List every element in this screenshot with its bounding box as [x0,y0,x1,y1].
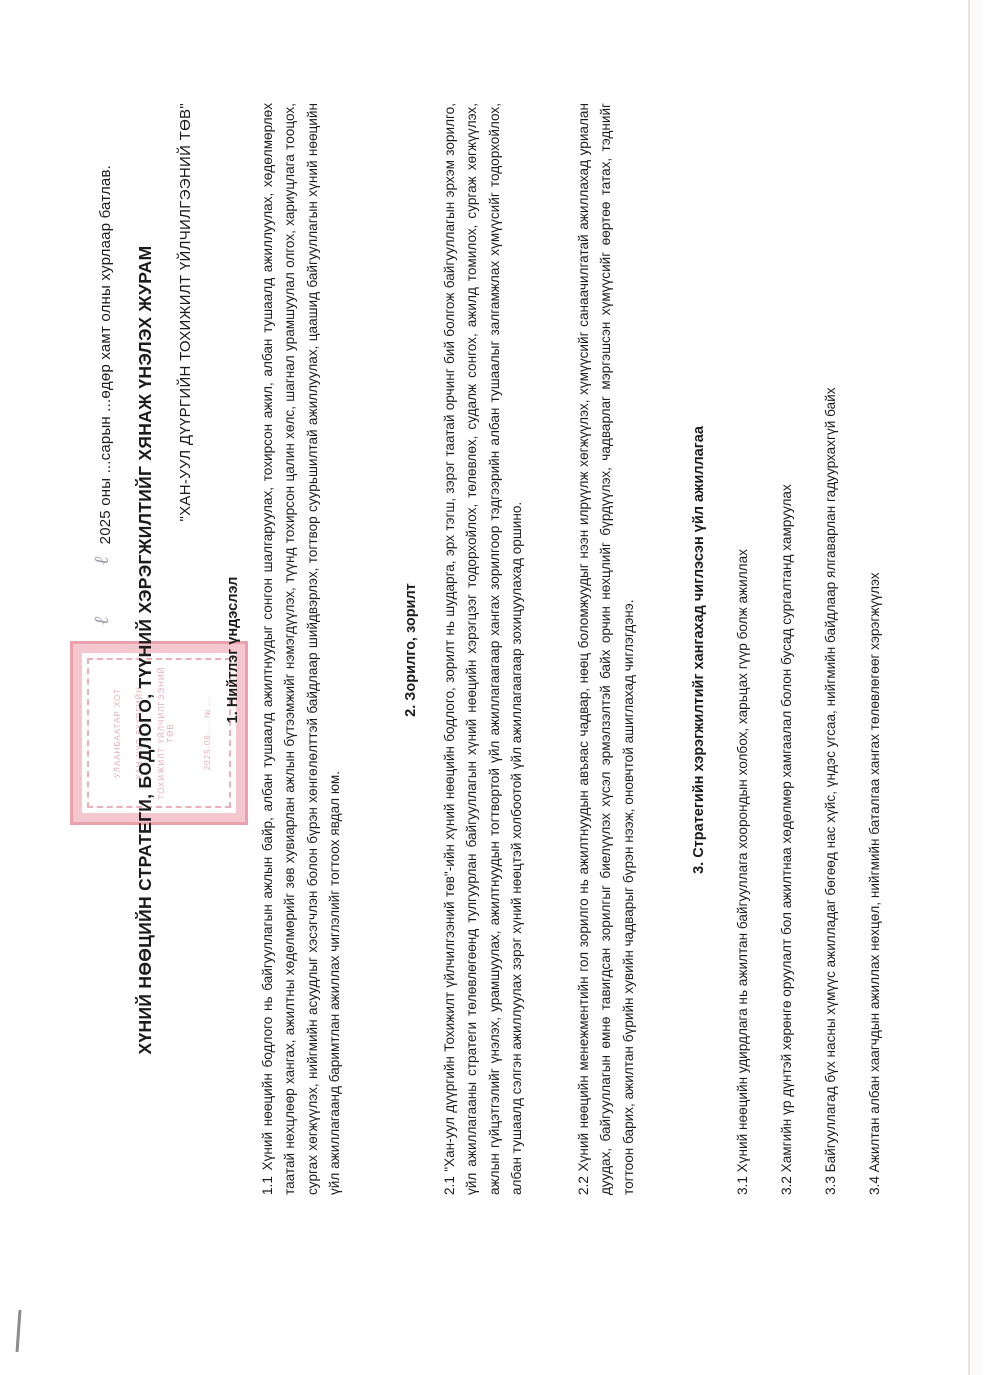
section-heading-1: 1. Нийтлэг үндэслэл [225,75,241,1225]
signature-mark: ℓ [89,557,114,565]
signature-mark: ℓ [89,617,114,625]
scan-margin [968,0,982,1375]
section-heading-3: 3. Стратегийн хэрэгжилтийг хангахад чигл… [691,75,707,1225]
list-item-3-2: 3.2 Хамгийн үр дүнтэй хөрөнгө оруулалт б… [777,95,797,1195]
paragraph-1-1: 1.1 Хүний нөөцийн бодлого нь байгууллагы… [257,103,346,1195]
paragraph-2-1: 2.1 "Хан-уул дүүргийн Тохижилт үйлчилгээ… [439,103,528,1195]
organization-name: "ХАН-УУЛ ДҮҮРГИЙН ТОХИЖИЛТ ҮЙЛЧИЛГЭЭНИЙ … [177,103,194,522]
list-item-3-1: 3.1 Хүний нөөцийн удирдлага нь ажилтан б… [733,95,753,1195]
pencil-mark [16,1310,22,1352]
stamp-line: 2025.06.... № ... [203,666,212,800]
official-stamp: УЛААНБААТАР ХОТ ХАН-УУЛ ДҮҮРГИЙН ТОХИЖИЛ… [70,641,248,825]
list-item-3-3: 3.3 Байгууллагад бүх насны хүмүүс ажилла… [821,95,841,1195]
paragraph-2-2: 2.2 Хүний нөөцийн менежментийн гол зорил… [573,103,640,1195]
scan-edge-line [968,0,970,1375]
document-page: УЛААНБААТАР ХОТ ХАН-УУЛ ДҮҮРГИЙН ТОХИЖИЛ… [85,75,915,1225]
list-item-3-4: 3.4 Ажилтан албан хаагчдын ажиллах нөхцө… [865,95,885,1195]
document-title: ХҮНИЙ НӨӨЦИЙН СТРАТЕГИ, БОДЛОГО, ТҮҮНИЙ … [135,75,156,1225]
stamp-line: ТОХИЖИЛТ ҮЙЛЧИЛГЭЭНИЙ ТӨВ [157,666,175,800]
approval-line: 2025 оны ...сарын ...өдөр хамт олны хурл… [97,165,114,544]
stamp-line: УЛААНБААТАР ХОТ [113,666,122,800]
section-heading-2: 2. Зорилго, зорилт [403,75,419,1225]
